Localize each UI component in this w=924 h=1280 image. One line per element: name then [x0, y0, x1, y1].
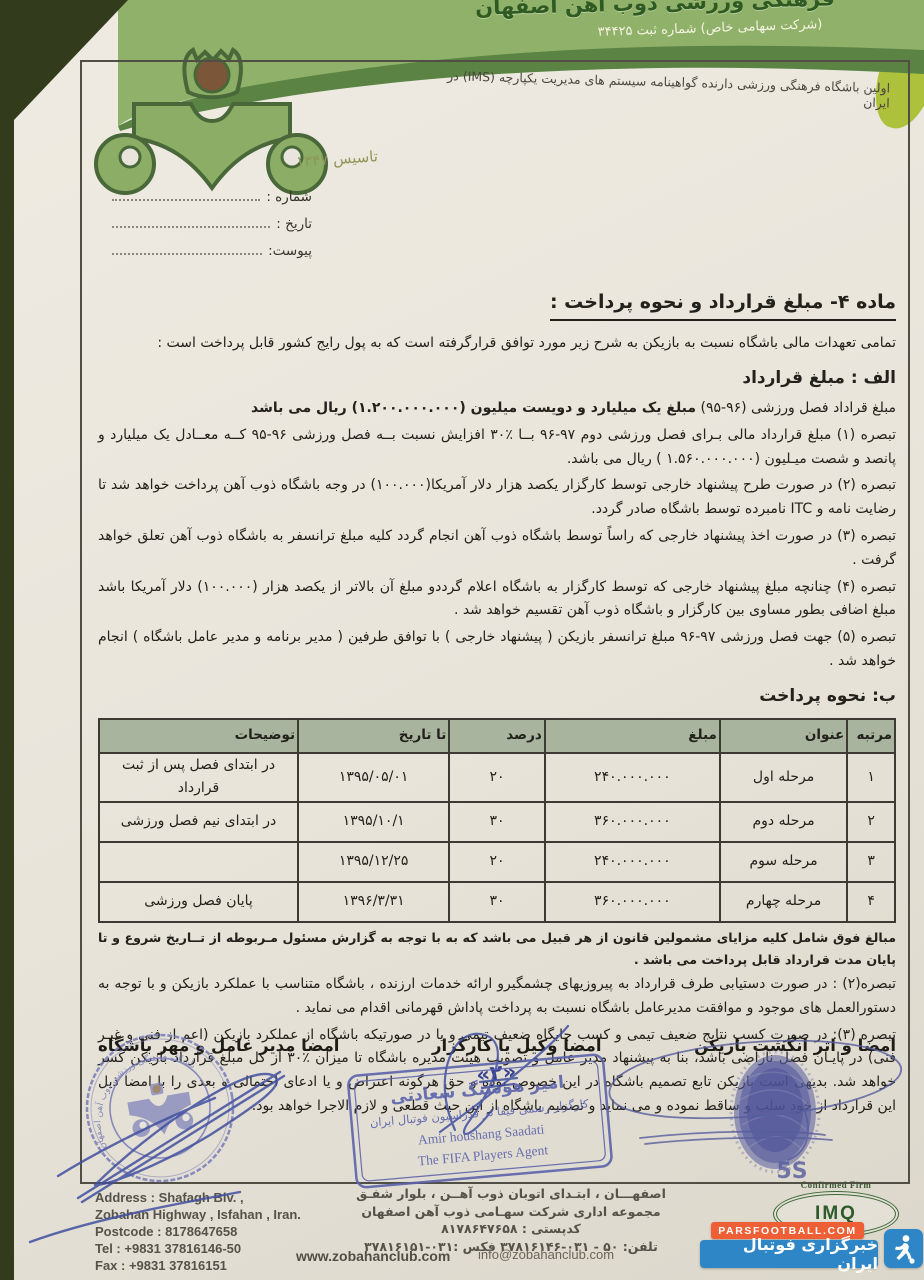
note-1: تبصره (۱) مبلغ قرارداد مالی بـرای فصل ور… — [98, 424, 896, 472]
football-player-icon — [891, 1234, 917, 1264]
table-row: ۲ مرحله دوم ۳۶۰.۰۰۰.۰۰۰ ۳۰ ۱۳۹۵/۱۰/۱ در … — [99, 802, 895, 842]
note-4: تبصره (۴) چنانچه مبلغ پیشنهاد خارجی که ت… — [98, 576, 896, 624]
address-persian: اصفهـــان ، ابتـدای اتوبان ذوب آهــن ، ب… — [325, 1185, 697, 1255]
cell: ۱۳۹۶/۳/۳۱ — [298, 882, 449, 922]
col-percent: درصد — [449, 719, 545, 753]
section-a-title: الف : مبلغ قرارداد — [98, 364, 896, 393]
field-date-dots — [112, 225, 270, 228]
table-row: ۱ مرحله اول ۲۴۰.۰۰۰.۰۰۰ ۲۰ ۱۳۹۵/۰۵/۰۱ در… — [99, 753, 895, 803]
section-a-amount: مبلغ قراداد فصل ورزشی (۹۶-۹۵) مبلغ یک می… — [98, 397, 896, 421]
cell: ۲۰ — [449, 753, 545, 803]
note-2: تبصره (۲) در صورت طرح پیشنهاد خارجی توسط… — [98, 474, 896, 522]
address-en-line: Address : Shafagh Blv. , — [95, 1190, 301, 1207]
letter-fields: شماره : تاریخ : پیوست: — [112, 178, 312, 259]
cell: ۲۴۰.۰۰۰.۰۰۰ — [545, 753, 720, 803]
watermark-tagline-bar: خبرگزاری فوتبال ایران — [700, 1240, 878, 1268]
player-signature-label: امضا و اثر انگشت بازیکن — [694, 1036, 896, 1055]
article-intro: تمامی تعهدات مالی باشگاه نسبت به بازیکن … — [98, 332, 896, 356]
address-fa-line: کدپستی : ۸۱۷۸۶۴۷۶۵۸ — [325, 1220, 697, 1238]
cell: ۱۳۹۵/۱۰/۱ — [298, 802, 449, 842]
cell: مرحله سوم — [720, 842, 847, 882]
website-url: www.zobahanclub.com — [296, 1248, 450, 1264]
ceo-signature-label: امضا مدیر عامل و مهر باشگاه — [98, 1036, 339, 1055]
cell — [99, 842, 298, 882]
field-number-label: شماره : — [266, 189, 312, 205]
table-row: ۴ مرحله چهارم ۳۶۰.۰۰۰.۰۰۰ ۳۰ ۱۳۹۶/۳/۳۱ پ… — [99, 882, 895, 922]
contract-photo: فرهنگی ورزشی ذوب آهن اصفهان (شرکت سهامی … — [0, 0, 924, 1280]
field-attachment-label: پیوست: — [268, 243, 312, 259]
note-5: تبصره (۵) جهت فصل ورزشی ۹۷-۹۶ مبلغ ترانس… — [98, 626, 896, 674]
bonus-note: تبصره(۲) : در صورت دستیابی طرف قرارداد ب… — [98, 973, 896, 1021]
article-title: ماده ۴- مبلغ قرارداد و نحوه پرداخت : — [550, 286, 896, 321]
field-date-label: تاریخ : — [276, 216, 312, 232]
cell: مرحله دوم — [720, 802, 847, 842]
contract-body: ماده ۴- مبلغ قرارداد و نحوه پرداخت : تما… — [98, 286, 896, 1122]
cell: ۱۳۹۵/۰۵/۰۱ — [298, 753, 449, 803]
col-amount: مبلغ — [545, 719, 720, 753]
address-english: Address : Shafagh Blv. , Zobahan Highway… — [95, 1190, 301, 1274]
amount-bold: مبلغ یک میلیارد و دویست میلیون (۱.۲۰۰.۰۰… — [251, 400, 696, 416]
col-order: مرتبه — [847, 719, 895, 753]
note-3: تبصره (۳) در صورت اخذ پیشنهاد خارجی که ر… — [98, 525, 896, 573]
cell: ۱ — [847, 753, 895, 803]
field-number: شماره : — [112, 178, 312, 205]
cell: ۴ — [847, 882, 895, 922]
cell: ۳۰ — [449, 802, 545, 842]
cell: در ابتدای نیم فصل ورزشی — [99, 802, 298, 842]
cell: ۳۰ — [449, 882, 545, 922]
cell: مرحله چهارم — [720, 882, 847, 922]
col-description: توضیحات — [99, 719, 298, 753]
cell: ۲ — [847, 802, 895, 842]
table-row: ۳ مرحله سوم ۲۴۰.۰۰۰.۰۰۰ ۲۰ ۱۳۹۵/۱۲/۲۵ — [99, 842, 895, 882]
address-en-line: Zobahan Highway , Isfahan , Iran. — [95, 1207, 301, 1224]
cell: در ابتدای فصل پس از ثبت قرارداد — [99, 753, 298, 803]
address-fa-line: اصفهـــان ، ابتـدای اتوبان ذوب آهــن ، ب… — [325, 1185, 697, 1203]
payment-table: مرتبه عنوان مبلغ درصد تا تاریخ توضیحات ۱… — [98, 718, 896, 924]
field-attachment: پیوست: — [112, 232, 312, 259]
col-due-date: تا تاریخ — [298, 719, 449, 753]
cell: ۲۴۰.۰۰۰.۰۰۰ — [545, 842, 720, 882]
cell: ۲۰ — [449, 842, 545, 882]
field-number-dots — [112, 198, 260, 201]
signature-captions: امضا و اثر انگشت بازیکن امضا وکیل یا کار… — [98, 1036, 896, 1055]
address-en-line: Fax : +9831 37816151 — [95, 1258, 301, 1275]
address-fa-line: مجموعه اداری شرکت سهـامی ذوب آهن اصفهان — [325, 1203, 697, 1221]
cell: مرحله اول — [720, 753, 847, 803]
cell: ۳۶۰.۰۰۰.۰۰۰ — [545, 882, 720, 922]
email-address: info@zobahanclub.com — [478, 1247, 614, 1262]
table-note: مبالغ فوق شامل کلیه مزایای مشمولین قانون… — [98, 927, 896, 970]
imq-confirmed-text: Confirmed Firm — [766, 1180, 906, 1190]
cell: ۳۶۰.۰۰۰.۰۰۰ — [545, 802, 720, 842]
cell: ۱۳۹۵/۱۲/۲۵ — [298, 842, 449, 882]
section-b-title: ب: نحوه پرداخت — [98, 682, 896, 711]
cell: ۳ — [847, 842, 895, 882]
field-date: تاریخ : — [112, 205, 312, 232]
address-en-line: Tel : +9831 37816146-50 — [95, 1241, 301, 1258]
amount-prefix: مبلغ قراداد فصل ورزشی (۹۶-۹۵) — [696, 400, 896, 416]
cell: پایان فصل ورزشی — [99, 882, 298, 922]
agent-signature-label: امضا وکیل یا کارگزار — [432, 1036, 602, 1055]
payment-table-header-row: مرتبه عنوان مبلغ درصد تا تاریخ توضیحات — [99, 719, 895, 753]
address-en-line: Postcode : 8178647658 — [95, 1224, 301, 1241]
watermark-logo-box — [884, 1229, 923, 1268]
field-attachment-dots — [112, 252, 262, 255]
col-title: عنوان — [720, 719, 847, 753]
